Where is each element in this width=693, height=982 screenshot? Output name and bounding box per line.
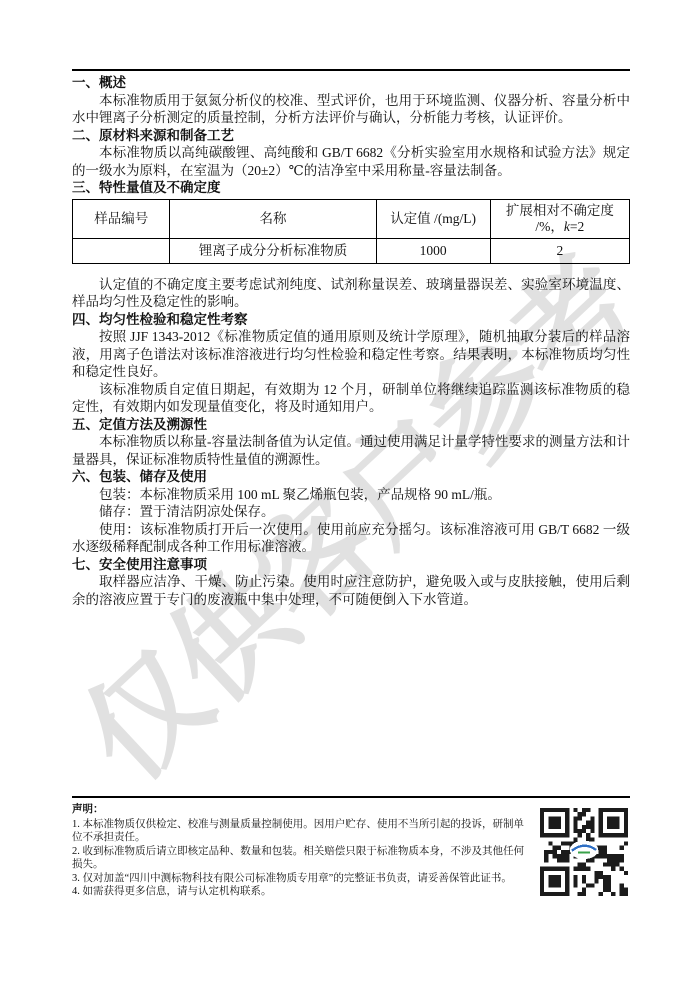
section-6-paragraph-usage: 使用：该标准物质打开后一次使用。使用前应充分摇匀。该标准溶液可用 GB/T 66… [72, 521, 630, 556]
section-7-heading: 七、安全使用注意事项 [72, 556, 630, 574]
table-header-row: 样品编号 名称 认定值 /(mg/L) 扩展相对不确定度 /%，k=2 [73, 199, 630, 238]
section-1-heading: 一、概述 [72, 74, 630, 92]
section-2-paragraph: 本标准物质以高纯碳酸锂、高纯酸和 GB/T 6682《分析实验室用水规格和试验方… [72, 144, 630, 179]
section-6-paragraph-packaging: 包装：本标准物质采用 100 mL 聚乙烯瓶包装，产品规格 90 mL/瓶。 [72, 486, 630, 504]
characteristic-values-table: 样品编号 名称 认定值 /(mg/L) 扩展相对不确定度 /%，k=2 锂离子成… [72, 199, 630, 264]
section-1-paragraph: 本标准物质用于氨氮分析仪的校准、型式评价，也用于环境监测、仪器分析、容量分析中水… [72, 92, 630, 127]
table-row: 锂离子成分分析标准物质 1000 2 [73, 238, 630, 263]
section-4-heading: 四、均匀性检验和稳定性考察 [72, 311, 630, 329]
section-3-paragraph: 认定值的不确定度主要考虑试剂纯度、试剂称量误差、玻璃量器误差、实验室环境温度、样… [72, 276, 630, 311]
section-7-paragraph: 取样器应洁净、干燥、防止污染。使用时应注意防护，避免吸入或与皮肤接触，使用后剩余… [72, 573, 630, 608]
header-uncertainty-line1: 扩展相对不确定度 [495, 203, 625, 219]
cell-uncertainty: 2 [490, 238, 629, 263]
declaration-footer: 声明： 1. 本标准物质仅供检定、校准与测量质量控制使用。因用户贮存、使用不当所… [72, 796, 630, 899]
declaration-item-1: 1. 本标准物质仅供检定、校准与测量质量控制使用。因用户贮存、使用不当所引起的投… [72, 818, 524, 845]
section-6-paragraph-storage: 储存：置于清洁阴凉处保存。 [72, 503, 630, 521]
header-name: 名称 [170, 199, 376, 238]
qr-center-logo [570, 841, 598, 859]
qr-code-svg [540, 808, 628, 896]
header-sample-no: 样品编号 [73, 199, 170, 238]
certificate-page: 仅供客户参考 一、概述 本标准物质用于氨氮分析仪的校准、型式评价，也用于环境监测… [0, 0, 693, 982]
section-5-heading: 五、定值方法及溯源性 [72, 416, 630, 434]
header-certified-value: 认定值 /(mg/L) [376, 199, 490, 238]
section-5-paragraph: 本标准物质以称量-容量法制备值为认定值。通过使用满足计量学特性要求的测量方法和计… [72, 433, 630, 468]
section-2-heading: 二、原材料来源和制备工艺 [72, 127, 630, 145]
cell-name: 锂离子成分分析标准物质 [170, 238, 376, 263]
declaration-item-3: 3. 仅对加盖“四川中测标物科技有限公司标准物质专用章”的完整证书负责，请妥善保… [72, 872, 524, 886]
declaration-text-block: 声明： 1. 本标准物质仅供检定、校准与测量质量控制使用。因用户贮存、使用不当所… [72, 803, 524, 899]
section-6-heading: 六、包装、储存及使用 [72, 468, 630, 486]
section-4-paragraph-1: 按照 JJF 1343-2012《标准物质定值的通用原则及统计学原理》，随机抽取… [72, 328, 630, 381]
declaration-item-4: 4. 如需获得更多信息，请与认定机构联系。 [72, 885, 524, 899]
section-4-paragraph-2: 该标准物质自定值日期起，有效期为 12 个月，研制单位将继续追踪监测该标准物质的… [72, 381, 630, 416]
declaration-title: 声明： [72, 803, 524, 817]
qr-code [540, 808, 628, 896]
section-3-heading: 三、特性量值及不确定度 [72, 179, 630, 197]
declaration-item-2: 2. 收到标准物质后请立即核定品种、数量和包装。相关赔偿只限于标准物质本身，不涉… [72, 845, 524, 872]
cell-certified-value: 1000 [376, 238, 490, 263]
cell-sample-no [73, 238, 170, 263]
header-uncertainty-line2: /%，k=2 [495, 219, 625, 235]
certificate-body: 一、概述 本标准物质用于氨氮分析仪的校准、型式评价，也用于环境监测、仪器分析、容… [72, 69, 630, 608]
header-uncertainty: 扩展相对不确定度 /%，k=2 [490, 199, 629, 238]
